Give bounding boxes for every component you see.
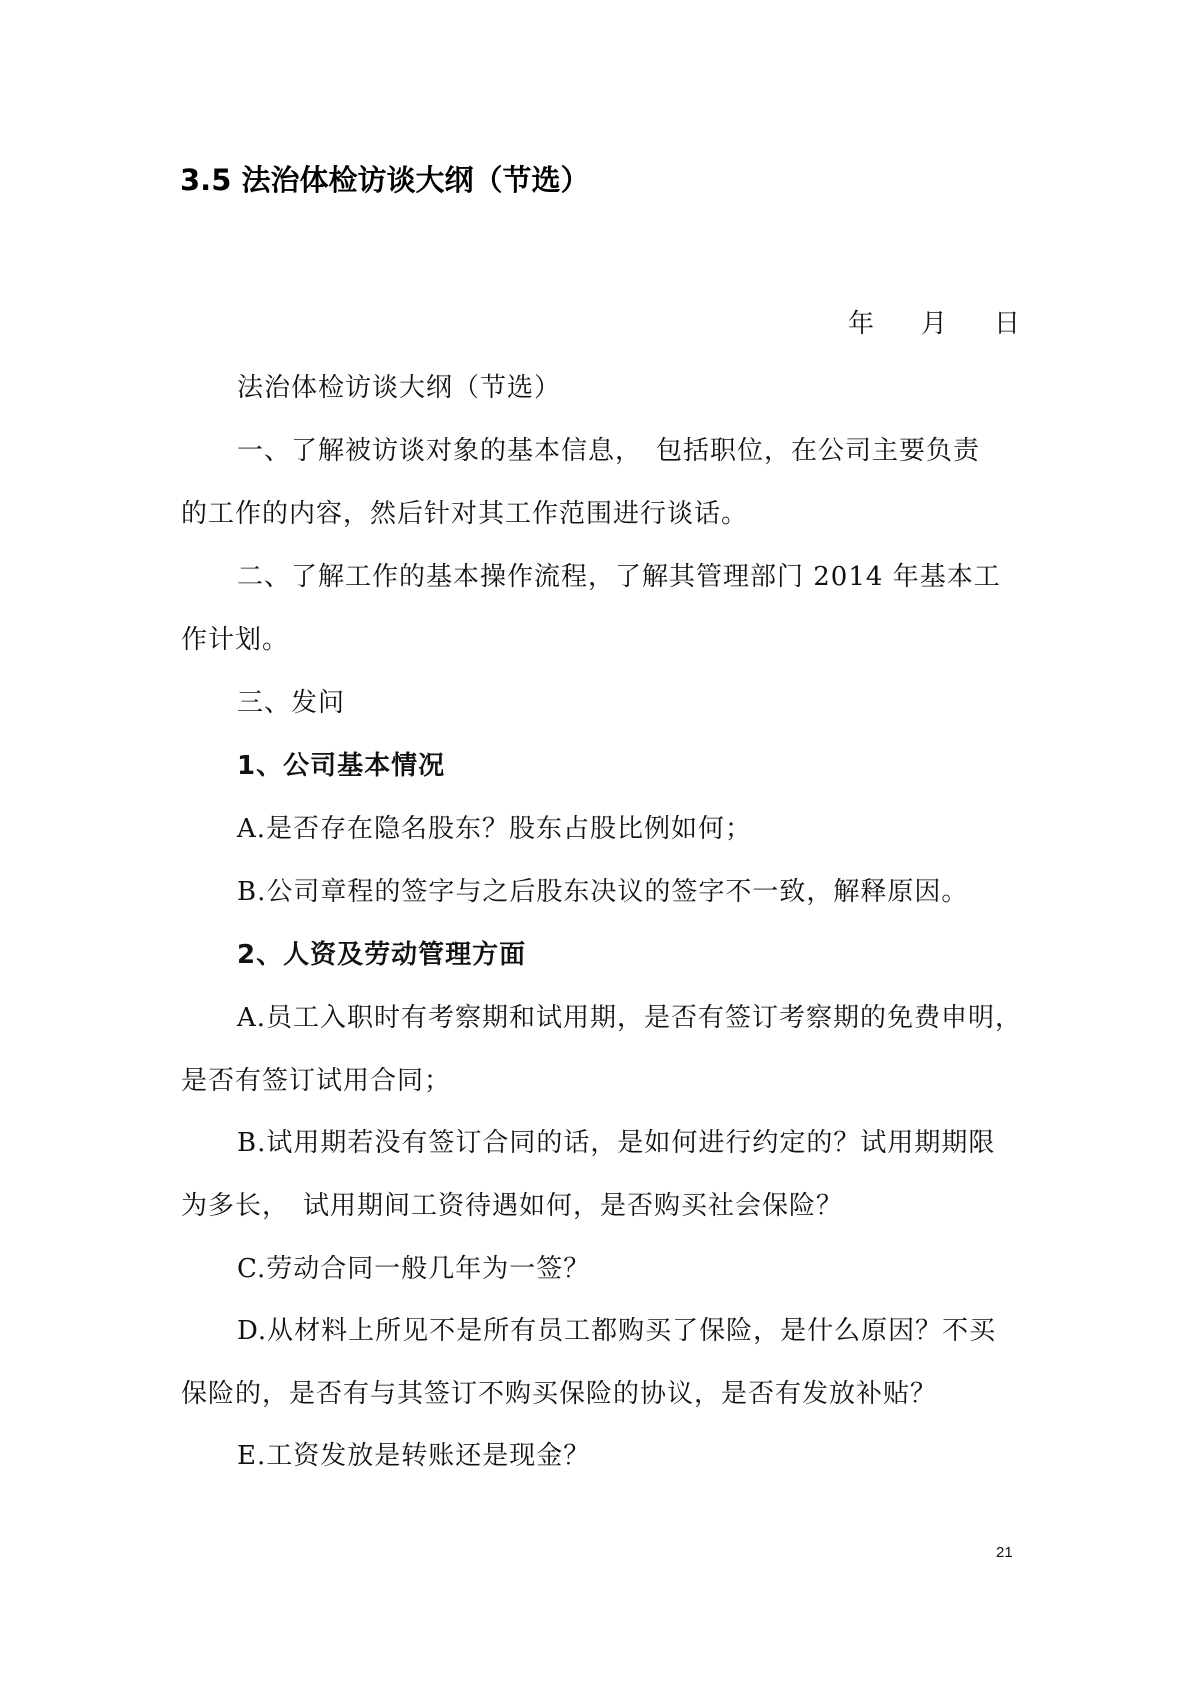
question-item: D.从材料上所见不是所有员工都购买了保险，是什么原因？不买 [237, 1313, 996, 1349]
question-item: B.试用期若没有签订合同的话，是如何进行约定的？试用期期限 [237, 1125, 995, 1161]
page-number: 21 [996, 1543, 1013, 1563]
question-item: B.公司章程的签字与之后股东决议的签字不一致，解释原因。 [237, 874, 968, 910]
date-line: 年 月 日 [848, 306, 1020, 342]
subheading: 1、公司基本情况 [237, 748, 445, 784]
date-day-label: 日 [994, 306, 1020, 342]
paragraph-line: 法治体检访谈大纲（节选） [237, 370, 561, 406]
paragraph-line: 作计划。 [181, 622, 289, 658]
paragraph-line: 三、发问 [237, 685, 345, 721]
paragraph-line: 二、了解工作的基本操作流程，了解其管理部门 2014 年基本工 [237, 559, 1001, 595]
question-item-continuation: 保险的，是否有与其签订不购买保险的协议，是否有发放补贴？ [181, 1376, 937, 1412]
question-item-continuation: 是否有签订试用合同； [181, 1063, 451, 1099]
date-month-label: 月 [921, 306, 947, 342]
paragraph-line: 一、了解被访谈对象的基本信息， 包括职位，在公司主要负责 [237, 433, 980, 469]
subheading: 2、人资及劳动管理方面 [237, 937, 526, 973]
question-item: A.员工入职时有考察期和试用期，是否有签订考察期的免费申明， [237, 1000, 1022, 1036]
question-item-continuation: 为多长， 试用期间工资待遇如何，是否购买社会保险？ [181, 1188, 843, 1224]
paragraph-line: 的工作的内容，然后针对其工作范围进行谈话。 [181, 496, 748, 532]
section-title: 3.5 法治体检访谈大纲（节选） [180, 160, 589, 200]
document-page: 3.5 法治体检访谈大纲（节选） 年 月 日 法治体检访谈大纲（节选） 一、了解… [0, 0, 1190, 1684]
question-item: E.工资发放是转账还是现金？ [237, 1438, 590, 1474]
question-item: A.是否存在隐名股东？股东占股比例如何； [237, 811, 752, 847]
question-item: C.劳动合同一般几年为一签？ [237, 1251, 590, 1287]
date-year-label: 年 [848, 306, 874, 342]
